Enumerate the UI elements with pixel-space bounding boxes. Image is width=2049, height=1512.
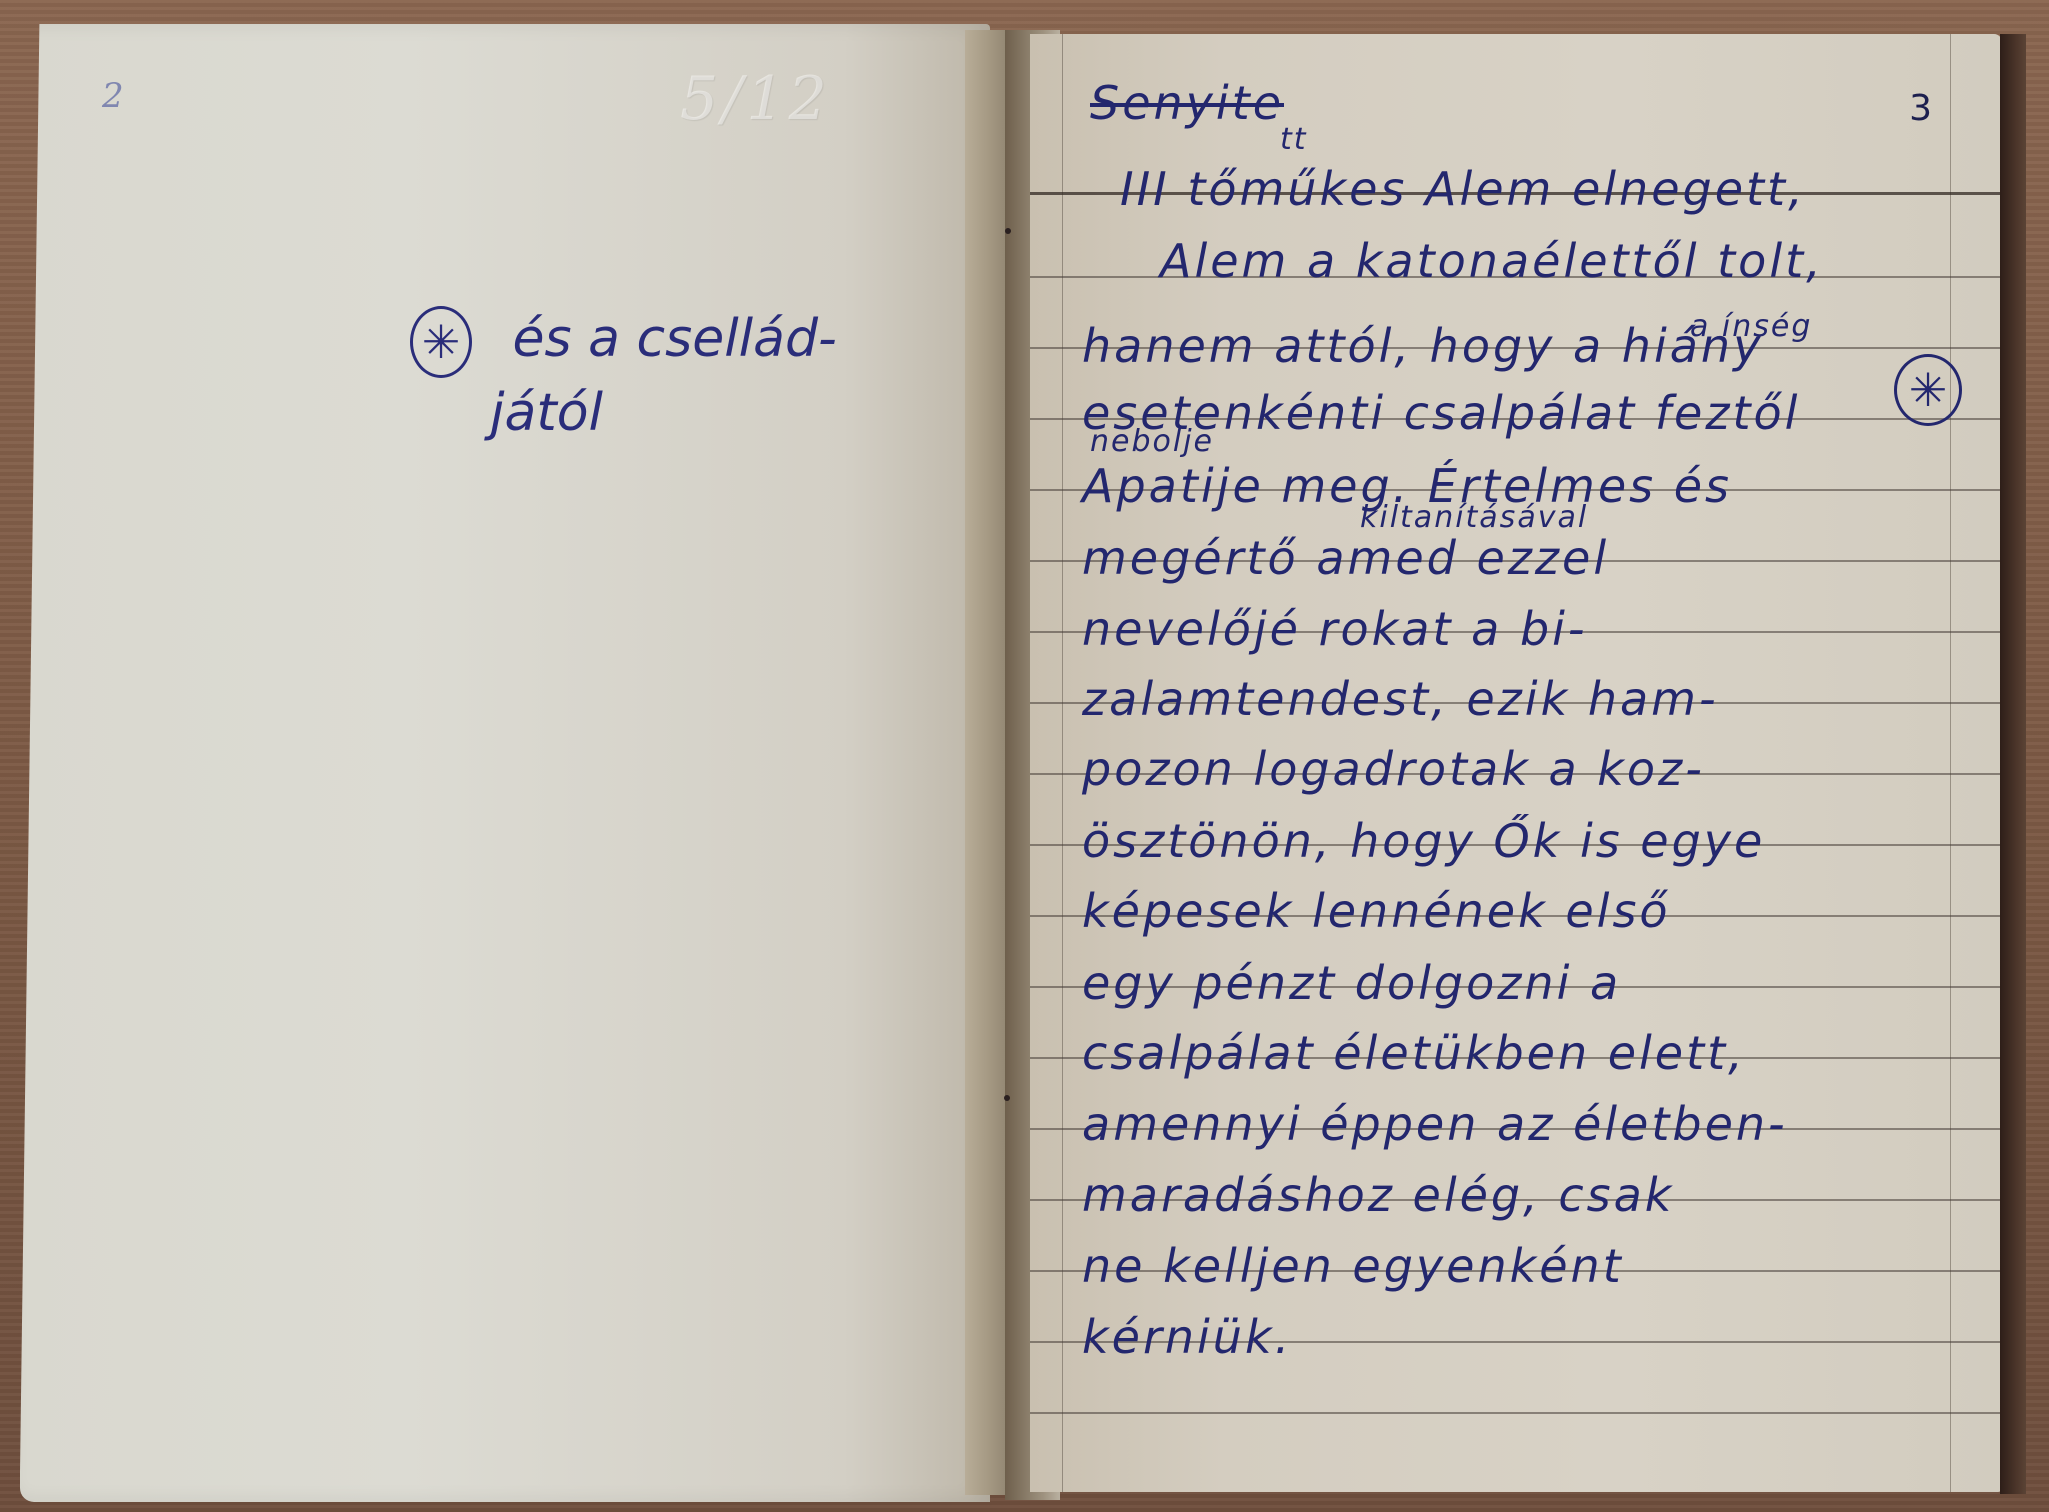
insertion-above-line: tt bbox=[1280, 122, 1308, 157]
right-page: 3 tt a ínség nebolje kiltanításával ✳ Se… bbox=[1030, 34, 2002, 1492]
handwritten-line: amennyi éppen az életben- bbox=[1082, 1097, 1788, 1151]
handwritten-line: megértő amed ezzel bbox=[1082, 531, 1609, 585]
handwritten-line: képesek lennének első bbox=[1082, 884, 1671, 938]
handwritten-line: esetenkénti csalpálat feztől bbox=[1082, 386, 1800, 440]
right-page-number: 3 bbox=[1909, 88, 1932, 129]
handwritten-line-struck: Senyite bbox=[1090, 76, 1284, 130]
left-page: 2 5/12 ✳ és a csellád- jától bbox=[20, 24, 990, 1502]
margin-note: ✳ és a csellád- jától bbox=[410, 304, 837, 448]
circled-asterisk-icon: ✳ bbox=[410, 306, 472, 378]
handwritten-line: kérniük. bbox=[1082, 1310, 1292, 1364]
ruled-line bbox=[1030, 1412, 2002, 1414]
margin-note-line-1: és a csellád- bbox=[513, 309, 837, 369]
handwritten-line: maradáshoz elég, csak bbox=[1082, 1168, 1674, 1222]
handwritten-line: Alem a katonaélettől tolt, bbox=[1160, 234, 1824, 288]
handwritten-line: Apatije meg. Értelmes és bbox=[1082, 459, 1732, 513]
margin-note-line-2: jától bbox=[410, 378, 837, 448]
left-margin-line bbox=[1062, 34, 1063, 1492]
embossed-mark: 5/12 bbox=[680, 64, 831, 134]
handwritten-line: hanem attól, hogy a hiány bbox=[1082, 319, 1763, 373]
staple-mark bbox=[1005, 228, 1011, 234]
circled-asterisk-icon: ✳ bbox=[1894, 354, 1962, 426]
right-margin-line bbox=[1950, 34, 1951, 1492]
handwritten-line: pozon logadrotak a koz- bbox=[1082, 742, 1705, 796]
staple-mark bbox=[1004, 1095, 1010, 1101]
handwritten-line: csalpálat életükben elett, bbox=[1082, 1026, 1746, 1080]
handwritten-line: nevelőjé rokat a bi- bbox=[1082, 602, 1588, 656]
handwritten-line: ösztönön, hogy Ők is egye bbox=[1082, 814, 1765, 868]
notebook-spine bbox=[965, 30, 1010, 1495]
left-page-number: 2 bbox=[102, 76, 124, 116]
handwritten-line: zalamtendest, ezik ham- bbox=[1082, 672, 1719, 726]
handwritten-line: ne kelljen egyenként bbox=[1082, 1239, 1624, 1293]
page-edge-shadow bbox=[2000, 34, 2026, 1494]
handwritten-line: egy pénzt dolgozni a bbox=[1082, 956, 1621, 1010]
handwritten-line: III tőműkes Alem elnegett, bbox=[1120, 162, 1806, 216]
